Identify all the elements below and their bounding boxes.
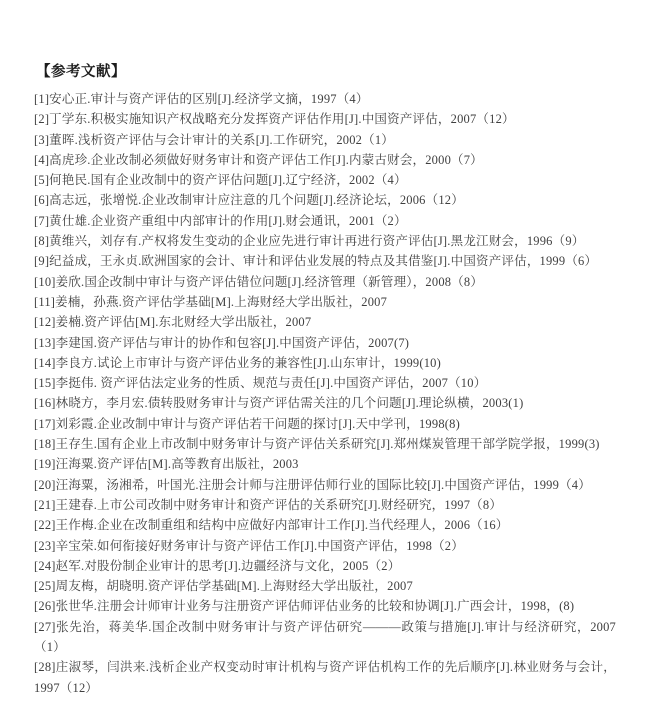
reference-item: [21]王建春.上市公司改制中财务审计和资产评估的关系研究[J].财经研究，19… xyxy=(34,495,616,515)
reference-item: [15]李挺伟. 资产评估法定业务的性质、规范与责任[J].中国资产评估，200… xyxy=(34,373,616,393)
reference-item: [1]安心正.审计与资产评估的区别[J].经济学文摘，1997（4） xyxy=(34,89,616,109)
reference-item: [11]姜楠，孙燕.资产评估学基础[M].上海财经大学出版社，2007 xyxy=(34,292,616,312)
reference-item: [3]董晖.浅析资产评估与会计审计的关系[J].工作研究，2002（1） xyxy=(34,130,616,150)
reference-item: [5]何艳民.国有企业改制中的资产评估问题[J].辽宁经济，2002（4） xyxy=(34,170,616,190)
reference-list: [1]安心正.审计与资产评估的区别[J].经济学文摘，1997（4）[2]丁学东… xyxy=(34,89,616,698)
document-page: 【参考文献】 [1]安心正.审计与资产评估的区别[J].经济学文摘，1997（4… xyxy=(0,0,653,720)
reference-item: [26]张世华.注册会计师审计业务与注册资产评估师评估业务的比较和协调[J].广… xyxy=(34,596,616,616)
references-heading: 【参考文献】 xyxy=(36,63,616,82)
reference-item: [4]高虎珍.企业改制必须做好财务审计和资产评估工作[J].内蒙古财会，2000… xyxy=(34,150,616,170)
reference-item: [28]庄淑琴，闫洪来.浅析企业产权变动时审计机构与资产评估机构工作的先后顺序[… xyxy=(34,657,616,698)
reference-item: [20]汪海粟，汤湘希，叶国光.注册会计师与注册评估师行业的国际比较[J].中国… xyxy=(34,475,616,495)
reference-item: [10]姜欣.国企改制中审计与资产评估错位问题[J].经济管理（新管理），200… xyxy=(34,272,616,292)
reference-item: [7]黄仕雄.企业资产重组中内部审计的作用[J].财会通讯，2001（2） xyxy=(34,211,616,231)
reference-item: [17]刘彩霞.企业改制中审计与资产评估若干问题的探讨[J].天中学刊，1998… xyxy=(34,414,616,434)
reference-item: [22]王作梅.企业在改制重组和结构中应做好内部审计工作[J].当代经理人，20… xyxy=(34,515,616,535)
reference-item: [23]辛宝荣.如何衔接好财务审计与资产评估工作[J].中国资产评估，1998（… xyxy=(34,536,616,556)
reference-item: [6]高志远，张增悦.企业改制审计应注意的几个问题[J].经济论坛，2006（1… xyxy=(34,190,616,210)
reference-item: [14]李良方.试论上市审计与资产评估业务的兼容性[J].山东审计，1999(1… xyxy=(34,353,616,373)
reference-item: [9]纪益成，王永贞.欧洲国家的会计、审计和评估业发展的特点及其借鉴[J].中国… xyxy=(34,251,616,271)
reference-item: [25]周友梅，胡晓明.资产评估学基础[M].上海财经大学出版社，2007 xyxy=(34,576,616,596)
reference-item: [27]张先治，蒋美华.国企改制中财务审计与资产评估研究———政策与措施[J].… xyxy=(34,617,616,658)
reference-item: [13]李建国.资产评估与审计的协作和包容[J].中国资产评估，2007(7) xyxy=(34,333,616,353)
reference-item: [12]姜楠.资产评估[M].东北财经大学出版社，2007 xyxy=(34,312,616,332)
reference-item: [19]汪海粟.资产评估[M].高等教育出版社，2003 xyxy=(34,454,616,474)
reference-item: [8]黄维兴，刘存有.产权将发生变动的企业应先进行审计再进行资产评估[J].黑龙… xyxy=(34,231,616,251)
reference-item: [2]丁学东.积极实施知识产权战略充分发挥资产评估作用[J].中国资产评估，20… xyxy=(34,109,616,129)
reference-item: [16]林晓方，李月宏.债转股财务审计与资产评估需关注的几个问题[J].理论纵横… xyxy=(34,393,616,413)
reference-item: [18]王存生.国有企业上市改制中财务审计与资产评估关系研究[J].郑州煤炭管理… xyxy=(34,434,616,454)
reference-item: [24]赵军.对股份制企业审计的思考[J].边疆经济与文化，2005（2） xyxy=(34,556,616,576)
